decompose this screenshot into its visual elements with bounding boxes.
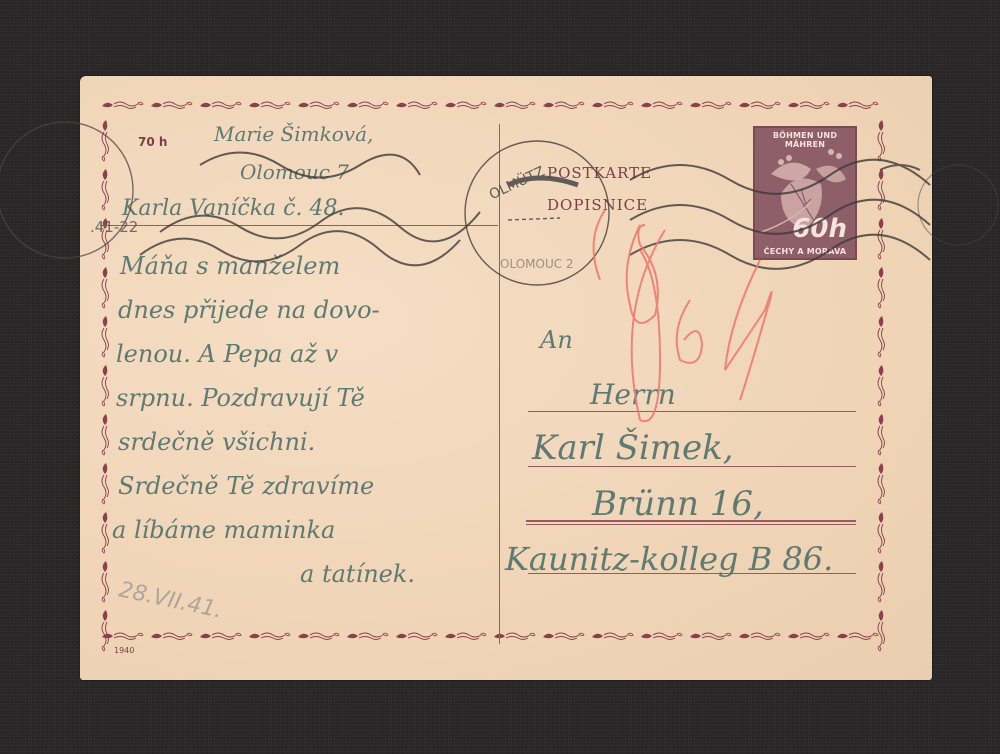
center-divider bbox=[499, 124, 500, 644]
recipient-address: Kaunitz-kolleg B 86. bbox=[505, 540, 833, 578]
address-rule-3b bbox=[526, 524, 856, 525]
recipient-prefix: An bbox=[540, 326, 573, 354]
sender-name: Marie Šimková, bbox=[214, 122, 373, 146]
recipient-title: Herrn bbox=[590, 378, 676, 411]
message-line: lenou. A Pepa až v bbox=[116, 340, 338, 368]
sender-street: Karla Vaníčka č. 48. bbox=[122, 196, 344, 221]
message-line: Srdečně Tě zdravíme bbox=[118, 472, 374, 500]
postage-stamp: BÖHMEN UND MÄHREN 60h ČECHY A MORAVA bbox=[753, 126, 857, 260]
recipient-name: Karl Šimek, bbox=[532, 428, 734, 468]
sender-rule bbox=[100, 225, 498, 226]
stamp-bottom-text: ČECHY A MORAVA bbox=[755, 247, 855, 256]
message-line: a líbáme maminka bbox=[112, 516, 335, 544]
dopisnice-title: DOPISNICE bbox=[547, 196, 648, 214]
message-line: dnes přijede na dovo- bbox=[118, 296, 380, 324]
message-line: Máňa s manželem bbox=[120, 252, 340, 280]
message-line: a tatínek. bbox=[300, 560, 415, 588]
sender-city: Olomouc 7 bbox=[240, 160, 349, 184]
stamp-value: 60h bbox=[792, 214, 847, 244]
print-year: 1940 bbox=[114, 646, 134, 655]
postkarte-title: POSTKARTE bbox=[547, 164, 652, 182]
additional-postage: 70 h bbox=[138, 135, 167, 149]
address-rule-1 bbox=[528, 411, 856, 412]
recipient-city: Brünn 16, bbox=[592, 484, 764, 524]
message-line: srdečně všichni. bbox=[118, 428, 315, 456]
message-line: srpnu. Pozdravují Tě bbox=[116, 384, 365, 412]
